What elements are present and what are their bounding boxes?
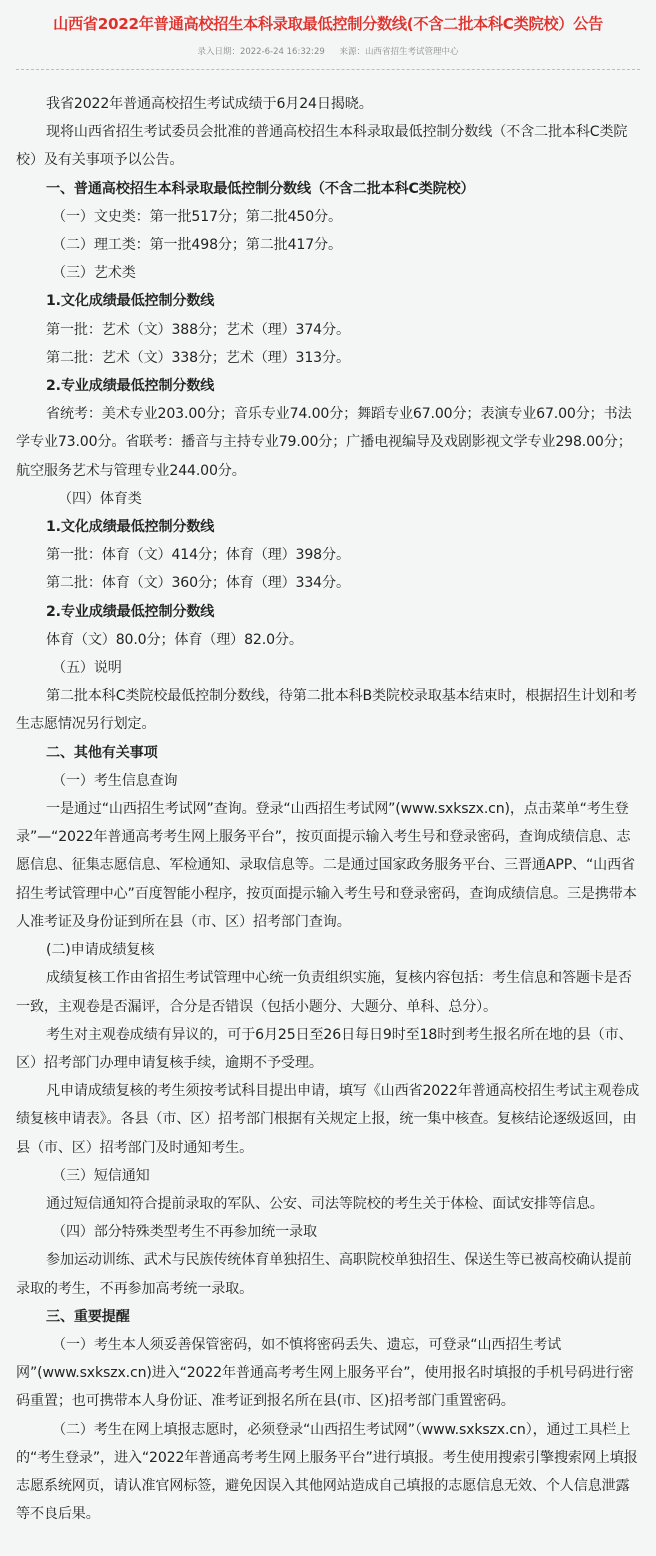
body-paragraph: 第二批本科C类院校最低控制分数线，待第二批本科B类院校录取基本结束时，根据招生计… [16,682,640,738]
body-paragraph: 成绩复核工作由省招生考试管理中心统一负责组织实施，复核内容包括：考生信息和答题卡… [16,964,640,1020]
section-heading: 一、普通高校招生本科录取最低控制分数线（不含二批本科C类院校） [16,175,640,203]
body-paragraph: 参加运动训练、武术与民族传统体育单独招生、高职院校单独招生、保送生等已被高校确认… [16,1246,640,1302]
body-paragraph: （一）文史类：第一批517分；第二批450分。 [16,203,640,231]
body-paragraph: （五）说明 [16,654,640,682]
body-paragraph: （四）部分特殊类型考生不再参加统一录取 [16,1218,640,1246]
section-heading: 二、其他有关事项 [16,739,640,767]
body-paragraph: （三）艺术类 [16,259,640,287]
body-paragraph: （一）考生本人须妥善保管密码，如不慎将密码丢失、遗忘，可登录“山西招生考试网”(… [16,1331,640,1416]
article-source: 来源：山西省招生考试管理中心 [340,47,459,57]
body-paragraph: 我省2022年普通高校招生考试成绩于6月24日揭晓。 [16,90,640,118]
section-heading: 三、重要提醒 [16,1303,640,1331]
section-heading: 2.专业成绩最低控制分数线 [16,372,640,400]
body-paragraph: （一）考生信息查询 [16,767,640,795]
body-paragraph: (二)申请成绩复核 [16,936,640,964]
body-paragraph: 第二批：体育（文）360分；体育（理）334分。 [16,569,640,597]
body-paragraph: 通过短信通知符合提前录取的军队、公安、司法等院校的考生关于体检、面试安排等信息。 [16,1190,640,1218]
body-paragraph: 凡申请成绩复核的考生须按考试科目提出申请，填写《山西省2022年普通高校招生考试… [16,1077,640,1162]
body-paragraph: （二）理工类：第一批498分；第二批417分。 [16,231,640,259]
section-heading: 2.专业成绩最低控制分数线 [16,598,640,626]
body-paragraph: 现将山西省招生考试委员会批准的普通高校招生本科录取最低控制分数线（不含二批本科C… [16,118,640,174]
body-paragraph: （四）体育类 [16,485,640,513]
article-header: 山西省2022年普通高校招生本科录取最低控制分数线(不含二批本科C类院校）公告 … [0,0,656,59]
article-body: 我省2022年普通高校招生考试成绩于6月24日揭晓。现将山西省招生考试委员会批准… [0,70,656,1528]
body-paragraph: 第一批：艺术（文）388分；艺术（理）374分。 [16,316,640,344]
section-heading: 1.文化成绩最低控制分数线 [16,513,640,541]
body-paragraph: （二）考生在网上填报志愿时，必须登录“山西招生考试网”（www.sxkszx.c… [16,1416,640,1529]
body-paragraph: 第二批：艺术（文）338分；艺术（理）313分。 [16,344,640,372]
entry-date: 录入日期：2022-6-24 16:32:29 [197,47,324,57]
body-paragraph: 考生对主观卷成绩有异议的，可于6月25日至26日每日9时至18时到考生报名所在地… [16,1021,640,1077]
body-paragraph: 省统考：美术专业203.00分；音乐专业74.00分；舞蹈专业67.00分；表演… [16,400,640,485]
body-paragraph: 第一批：体育（文）414分；体育（理）398分。 [16,541,640,569]
body-paragraph: 一是通过“山西招生考试网”查询。登录“山西招生考试网”(www.sxkszx.c… [16,795,640,936]
article-meta: 录入日期：2022-6-24 16:32:29 来源：山西省招生考试管理中心 [0,45,656,59]
article-title: 山西省2022年普通高校招生本科录取最低控制分数线(不含二批本科C类院校）公告 [0,11,656,37]
body-paragraph: （三）短信通知 [16,1162,640,1190]
body-paragraph: 体育（文）80.0分；体育（理）82.0分。 [16,626,640,654]
section-heading: 1.文化成绩最低控制分数线 [16,287,640,315]
